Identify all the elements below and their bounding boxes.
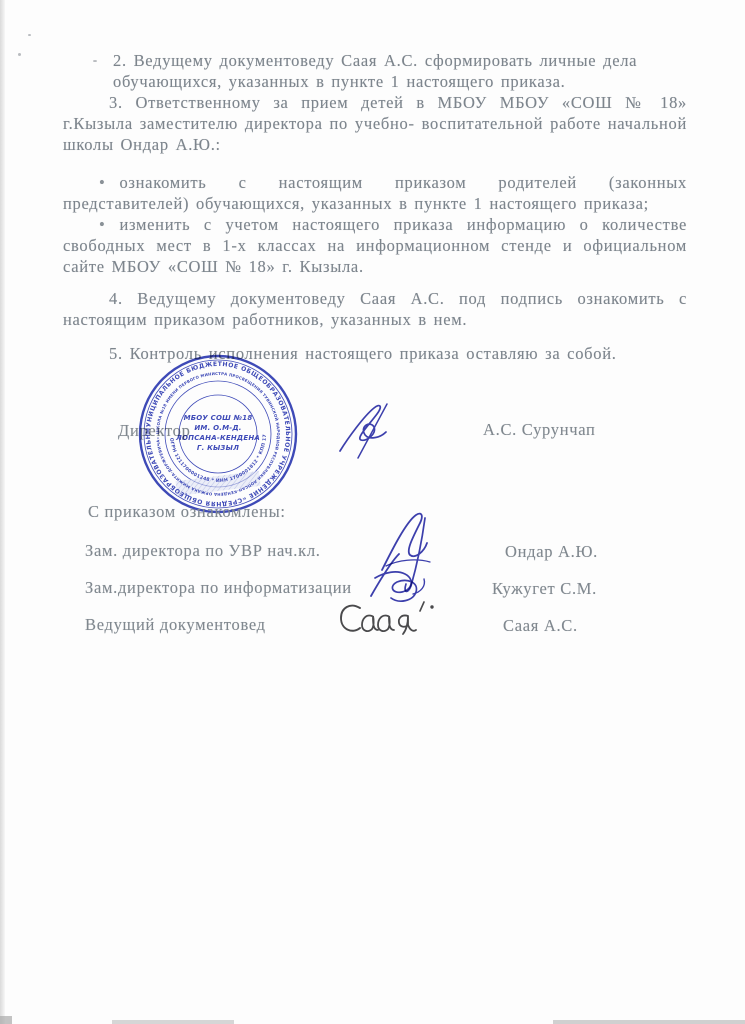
stamp-center-line-1: МБОУ СОШ №18 [184,414,253,422]
order-item-2: 2. Ведущему документоведу Саая А.С. сфор… [113,50,658,92]
stamp-center-line-4: Г. КЫЗЫЛ [197,444,239,452]
scanned-order-page: 2. Ведущему документоведу Саая А.С. сфор… [0,0,745,1024]
order-item-4: 4. Ведущему документоведу Саая А.С. под … [63,288,687,330]
bullet-icon: • [99,173,119,192]
acknowledged-heading: С приказом ознакомлены: [88,502,286,522]
scan-edge-left [0,0,5,1024]
director-name: А.С. Сурунчап [483,420,596,440]
ack-row-name: Ондар А.Ю. [505,542,598,562]
scan-speck [18,53,21,56]
ack-row-position: Зам. директора по УВР нач.кл. [85,541,321,561]
order-item-3: 3. Ответственному за прием детей в МБОУ … [63,92,687,155]
school-round-stamp: МУНИЦИПАЛЬНОЕ БЮДЖЕТНОЕ ОБЩЕОБРАЗОВАТЕЛЬ… [138,354,298,514]
scan-speck [93,60,97,62]
saaya-signature-ink [336,596,440,642]
order-bullet-2-text: изменить с учетом настоящего приказа инф… [63,215,687,276]
ack-row-position: Ведущий документовед [85,615,266,635]
order-bullet-1: •ознакомить с настоящим приказом родител… [63,172,687,214]
scan-edge-bottom-strip-right [553,1020,745,1024]
bullet-icon: • [99,215,119,234]
ack-row-position: Зам.директора по информатизации [85,578,352,598]
scan-edge-bottom-dark [0,1016,12,1024]
stamp-center-line-2: ИМ. О.М-Д. [194,424,241,432]
order-bullet-2: •изменить с учетом настоящего приказа ин… [63,214,687,277]
scan-speck [28,34,31,36]
stamp-center-line-3: ЛОПСАНА-КЕНДЕНА [175,434,260,442]
ack-row-name: Кужугет С.М. [492,579,597,599]
scan-edge-bottom-strip [112,1020,234,1024]
director-signature-ink [330,396,405,466]
order-bullet-1-text: ознакомить с настоящим приказом родителе… [63,173,687,213]
ack-row-name: Саая А.С. [503,616,578,636]
